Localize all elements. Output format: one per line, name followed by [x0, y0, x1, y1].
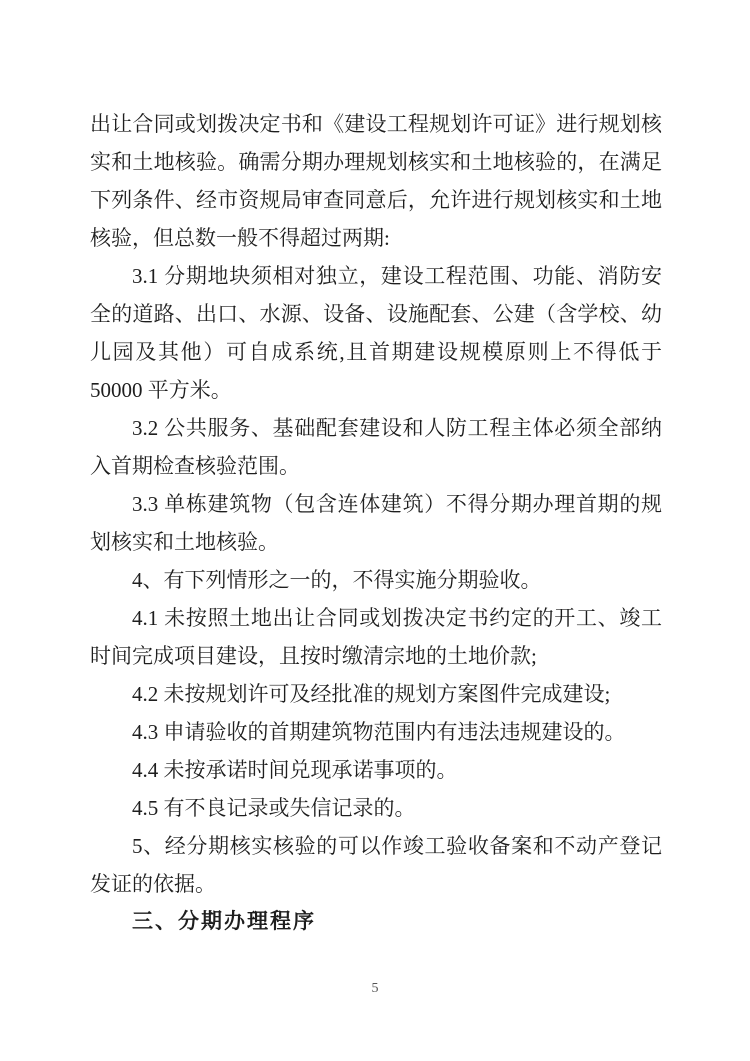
paragraph-item-3-1: 3.1 分期地块须相对独立，建设工程范围、功能、消防安全的道路、出口、水源、设备… [90, 257, 662, 409]
paragraph-item-4-2: 4.2 未按规划许可及经批准的规划方案图件完成建设; [90, 675, 662, 713]
page-number: 5 [0, 981, 750, 997]
paragraph-continuation: 出让合同或划拨决定书和《建设工程规划许可证》进行规划核实和土地核验。确需分期办理… [90, 105, 662, 257]
document-body: 出让合同或划拨决定书和《建设工程规划许可证》进行规划核实和土地核验。确需分期办理… [90, 105, 662, 941]
paragraph-item-5: 5、经分期核实核验的可以作竣工验收备案和不动产登记发证的依据。 [90, 827, 662, 903]
paragraph-item-4-5: 4.5 有不良记录或失信记录的。 [90, 789, 662, 827]
paragraph-item-3-3: 3.3 单栋建筑物（包含连体建筑）不得分期办理首期的规划核实和土地核验。 [90, 485, 662, 561]
paragraph-item-4: 4、有下列情形之一的，不得实施分期验收。 [90, 561, 662, 599]
paragraph-item-4-3: 4.3 申请验收的首期建筑物范围内有违法违规建设的。 [90, 713, 662, 751]
paragraph-item-3-2: 3.2 公共服务、基础配套建设和人防工程主体必须全部纳入首期检查核验范围。 [90, 409, 662, 485]
paragraph-item-4-4: 4.4 未按承诺时间兑现承诺事项的。 [90, 751, 662, 789]
paragraph-item-4-1: 4.1 未按照土地出让合同或划拨决定书约定的开工、竣工时间完成项目建设，且按时缴… [90, 599, 662, 675]
section-heading: 三、分期办理程序 [90, 903, 662, 941]
document-page: 出让合同或划拨决定书和《建设工程规划许可证》进行规划核实和土地核验。确需分期办理… [0, 0, 750, 1061]
